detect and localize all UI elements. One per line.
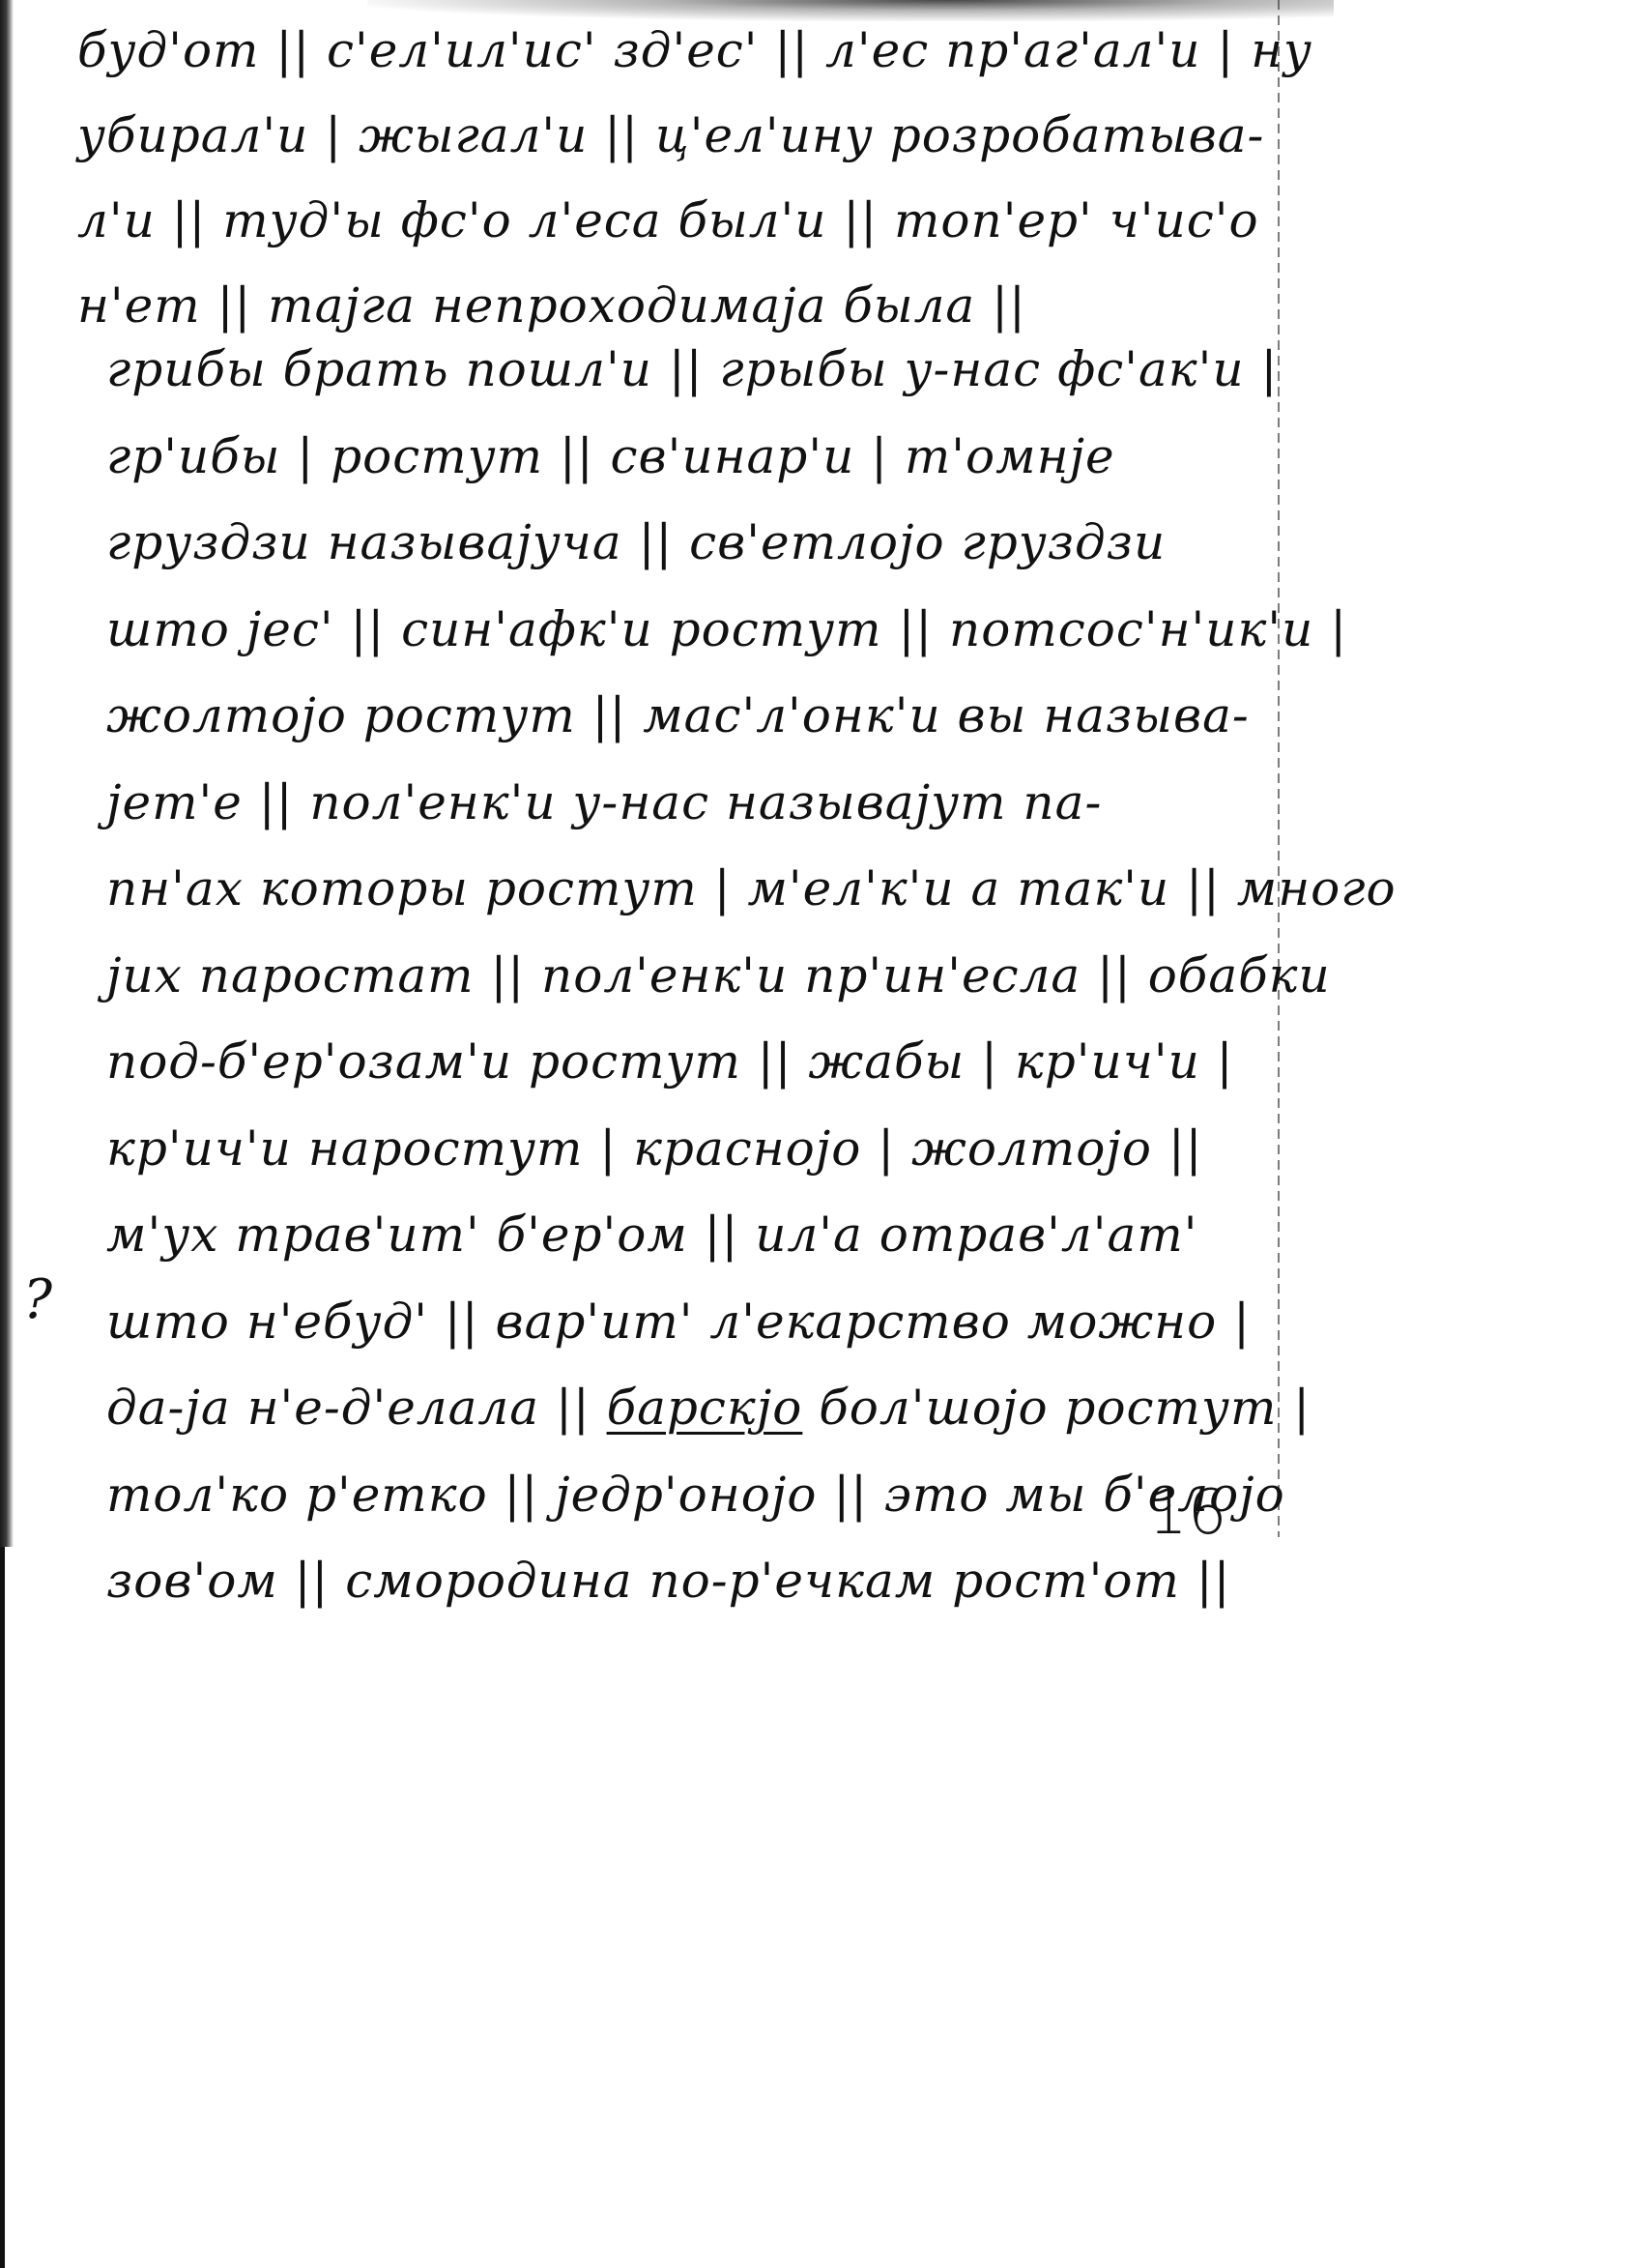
- text-line: што н'ебуд' || вар'ит' л'екарство можно …: [106, 1291, 1295, 1378]
- text-line: л'и || туд'ы фс'о л'еса был'и || топ'ер'…: [77, 189, 1266, 275]
- page-number: 16: [1148, 1477, 1226, 1549]
- text-line: кр'ич'и наростут | краснојо | жолтојо ||: [106, 1118, 1295, 1205]
- text-line: гр'ибы | ростут || св'инар'и | т'омнјe: [106, 425, 1295, 512]
- text-line: што јес' || син'афк'и ростут || потсос'н…: [106, 598, 1295, 685]
- scan-edge-shadow: [0, 0, 14, 1547]
- text-line: жолтојо ростут || мас'л'онк'и вы называ-: [106, 684, 1295, 771]
- text-line: убирал'и | жыгал'и || ц'ел'ину розробаты…: [77, 104, 1266, 189]
- text-line: груздзи называјуча || св'етлојо груздзи: [106, 511, 1295, 598]
- scan-edge-shadow-lower: [0, 1547, 5, 2268]
- scan-smudge: [367, 0, 1334, 21]
- text-line: м'ух трав'ит' б'ер'ом || ил'а отрав'л'ат…: [106, 1204, 1295, 1291]
- text-line-with-underline: да-ја н'е-д'елала || барскјо бол'шојо ро…: [106, 1377, 1295, 1464]
- underlined-word: барскјо: [607, 1380, 803, 1436]
- margin-question-mark: ?: [23, 1268, 52, 1331]
- text-line: тол'ко р'етко || једр'онојо || это мы б'…: [106, 1464, 1295, 1551]
- text-line: буд'от || с'ел'ил'ис' зд'ес' || л'ес пр'…: [77, 19, 1266, 104]
- paragraph-1: буд'от || с'ел'ил'ис' зд'ес' || л'ес пр'…: [77, 19, 1266, 360]
- paragraph-2: грибы брать пошл'и || грыбы у-нас фс'ак'…: [106, 338, 1295, 1637]
- text-line: грибы брать пошл'и || грыбы у-нас фс'ак'…: [106, 338, 1295, 425]
- text-line: јет'е || пол'енк'и у-нас называјут па-: [106, 771, 1295, 858]
- text-line: јих паростат || пол'енк'и пр'ин'есла || …: [106, 945, 1295, 1032]
- text-line: под-б'ер'озам'и ростут || жабы | кр'ич'и…: [106, 1031, 1295, 1118]
- text-line: зов'ом || смородина по-р'ечкам рост'от |…: [106, 1550, 1295, 1637]
- text-line: пн'ах которы ростут | м'ел'к'и а так'и |…: [106, 858, 1295, 945]
